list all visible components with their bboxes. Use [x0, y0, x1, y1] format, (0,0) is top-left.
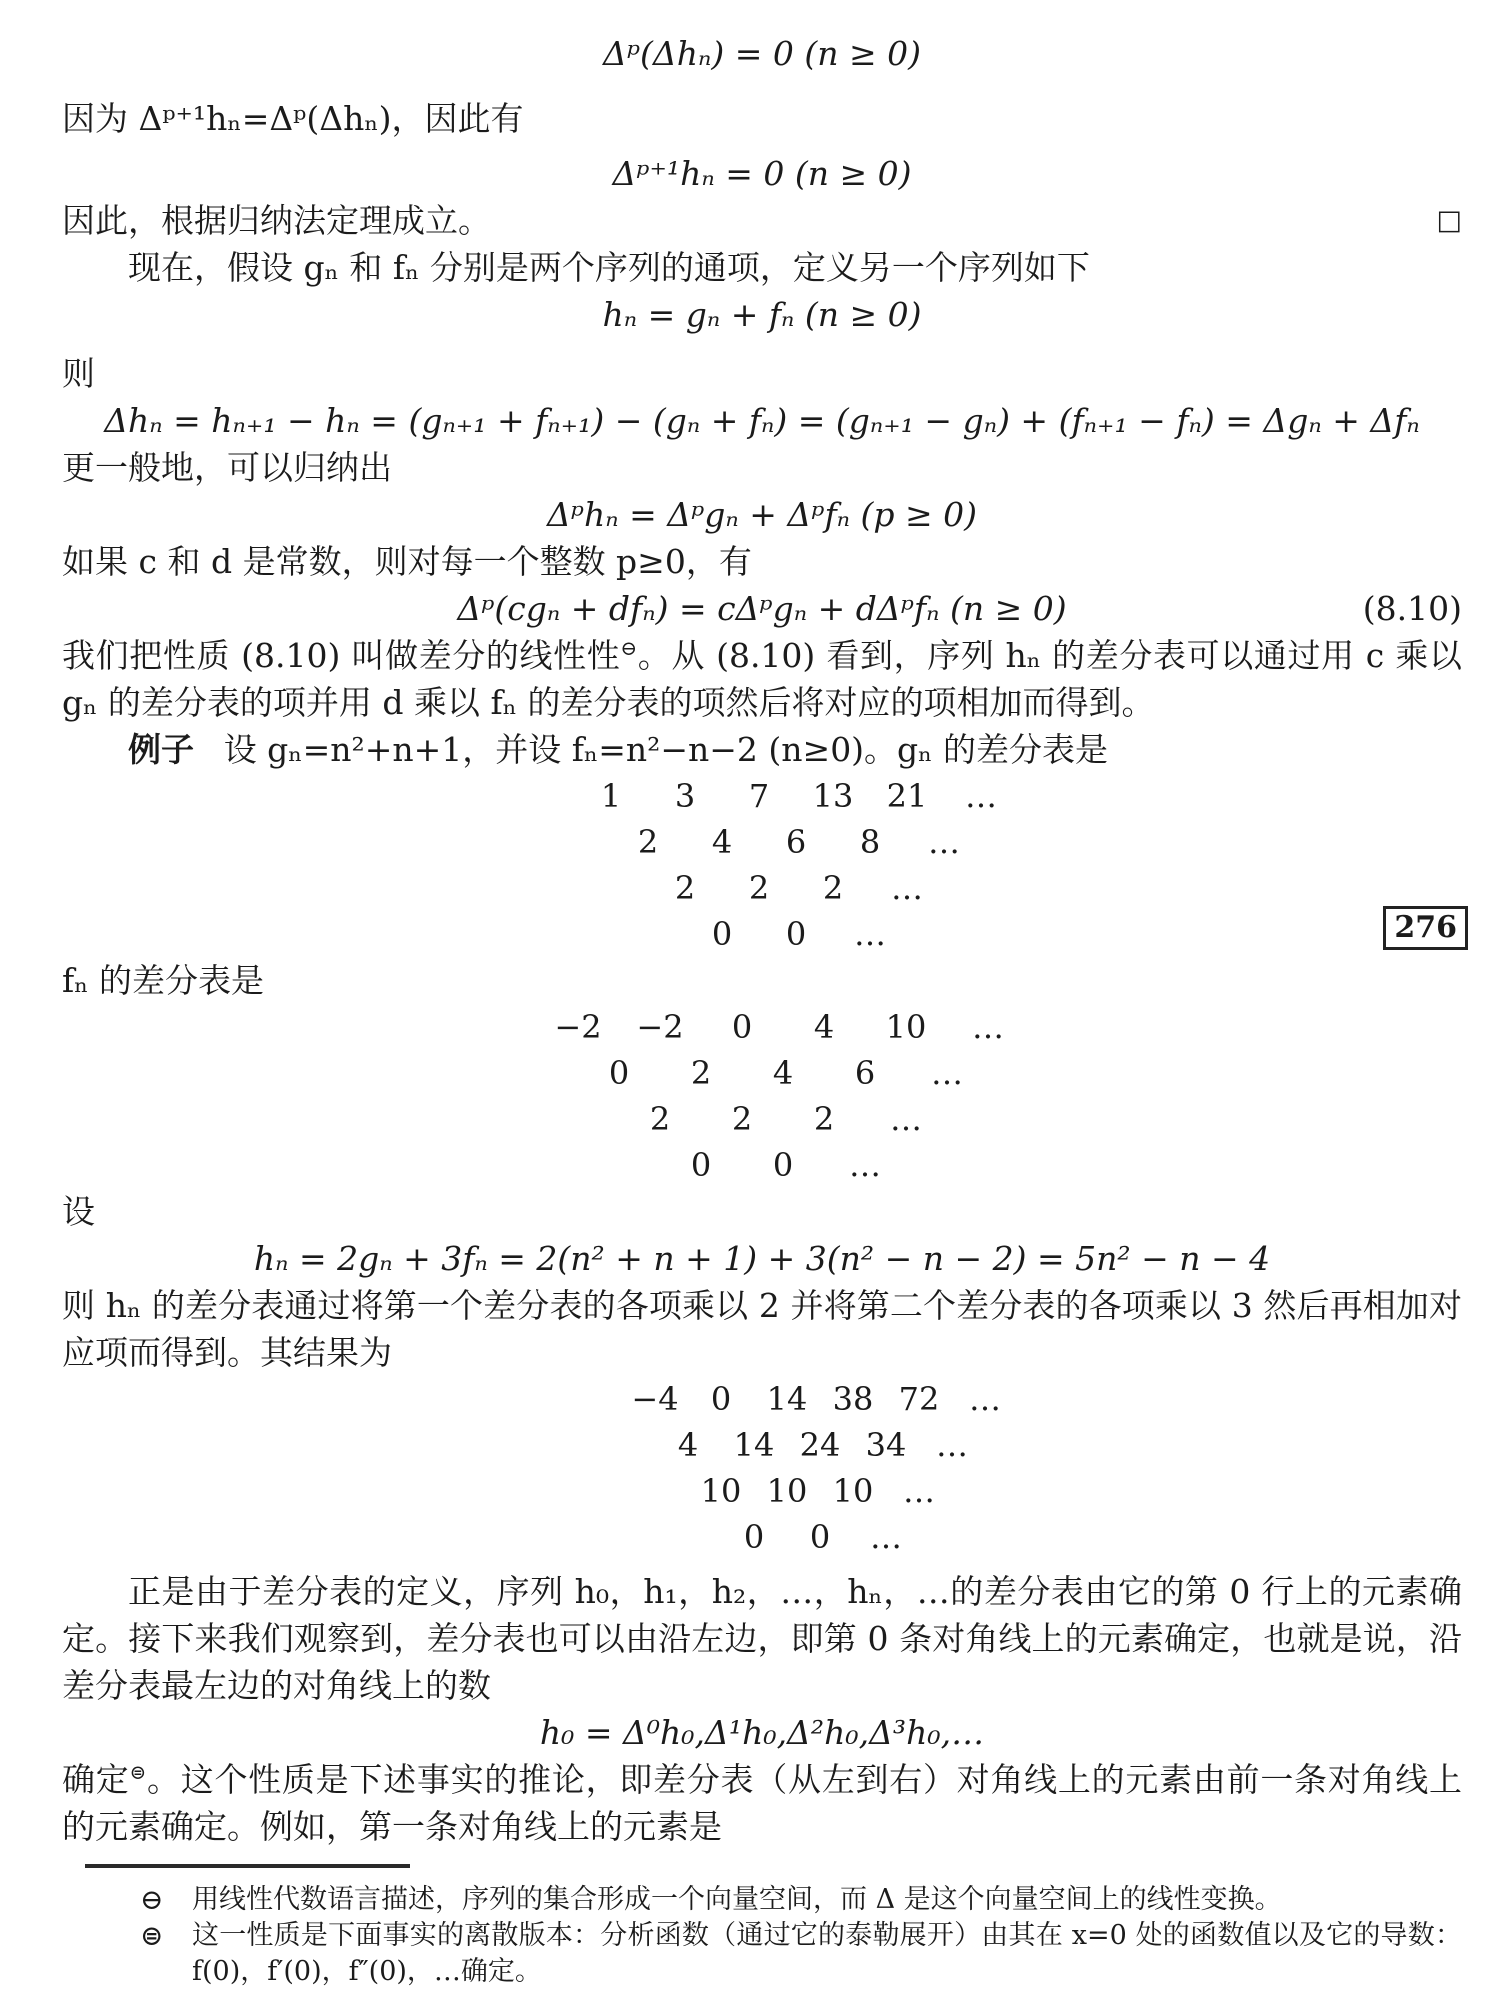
example-label: 例子 — [128, 730, 194, 769]
book-page: Δᵖ(Δhₙ) = 0 (n ≥ 0) 因为 Δᵖ⁺¹hₙ=Δᵖ(Δhₙ)，因此… — [0, 0, 1502, 2012]
table-cell: 10 — [688, 1468, 754, 1514]
table-row: 10 10 10 … — [688, 1468, 1462, 1514]
para-let: 设 — [62, 1188, 1462, 1235]
equation-number: (8.10) — [1363, 585, 1462, 632]
table-row: 1 3 7 13 21 … — [574, 773, 1462, 819]
difference-table-g: 1 3 7 13 21 … 2 4 6 8 … 2 2 2 … 0 0 … — [574, 773, 1462, 957]
table-cell: −2 — [619, 1004, 701, 1050]
table-cell: 6 — [759, 819, 833, 865]
table-row: 0 0 … — [721, 1514, 1462, 1560]
example-text: 设 gₙ=n²+n+1，并设 fₙ=n²−n−2 (n≥0)。gₙ 的差分表是 — [224, 730, 1108, 769]
table-cell: 2 — [796, 865, 870, 911]
table-cell: 24 — [787, 1422, 853, 1468]
qed-symbol: □ — [1436, 197, 1462, 244]
para-general: 更一般地，可以归纳出 — [62, 444, 1462, 491]
para-if-cd: 如果 c 和 d 是常数，则对每一个整数 p≥0，有 — [62, 538, 1462, 585]
table-cell: 0 — [787, 1514, 853, 1560]
footnote-ref-2: ⊜ — [129, 1760, 146, 1784]
para-confirm-part1: 确定 — [62, 1760, 129, 1799]
table-cell: 2 — [611, 819, 685, 865]
table-cell: 21 — [870, 773, 944, 819]
formula-dp-sum: Δᵖhₙ = Δᵖgₙ + Δᵖfₙ (p ≥ 0) — [62, 491, 1462, 538]
para-linearity: 我们把性质 (8.10) 叫做差分的线性性⊖。从 (8.10) 看到，序列 hₙ… — [62, 632, 1462, 726]
table-cell: 10 — [820, 1468, 886, 1514]
footnote-2-marker: ⊜ — [140, 1918, 192, 1990]
table-cell: … — [947, 1004, 1029, 1050]
table-cell: 0 — [721, 1514, 787, 1560]
table-cell: 2 — [722, 865, 796, 911]
formula-hn-sum: hₙ = gₙ + fₙ (n ≥ 0) — [62, 291, 1462, 338]
table-cell: … — [833, 911, 907, 957]
table-cell: 72 — [886, 1376, 952, 1422]
table-cell: 8 — [833, 819, 907, 865]
table-cell: 0 — [685, 911, 759, 957]
table-cell: 6 — [824, 1050, 906, 1096]
table-row: −2 −2 0 4 10 … — [537, 1004, 1462, 1050]
table-row: −4 0 14 38 72 … — [622, 1376, 1462, 1422]
para-induction-text: 因此，根据归纳法定理成立。 — [62, 197, 491, 244]
formula-delta-expand: Δhₙ = hₙ₊₁ − hₙ = (gₙ₊₁ + fₙ₊₁) − (gₙ + … — [62, 397, 1462, 444]
table-row: 4 14 24 34 … — [655, 1422, 1462, 1468]
para-confirm: 确定⊜。这个性质是下述事实的推论，即差分表（从左到右）对角线上的元素由前一条对角… — [62, 1756, 1462, 1850]
table-cell: … — [824, 1142, 906, 1188]
table-cell: 7 — [722, 773, 796, 819]
table-cell: 34 — [853, 1422, 919, 1468]
table-cell: 0 — [701, 1004, 783, 1050]
table-cell: 2 — [783, 1096, 865, 1142]
footnote-ref-1: ⊖ — [620, 636, 637, 660]
table-cell: 2 — [701, 1096, 783, 1142]
para-now: 现在，假设 gₙ 和 fₙ 分别是两个序列的通项，定义另一个序列如下 — [62, 244, 1462, 291]
table-cell: … — [944, 773, 1018, 819]
footnote-2: ⊜ 这一性质是下面事实的离散版本：分析函数（通过它的泰勒展开）由其在 x=0 处… — [140, 1918, 1462, 1990]
table-cell: 14 — [754, 1376, 820, 1422]
para-confirm-part2: 。这个性质是下述事实的推论，即差分表（从左到右）对角线上的元素由前一条对角线上的… — [62, 1760, 1462, 1846]
table-cell: 14 — [721, 1422, 787, 1468]
footnote-1-text: 用线性代数语言描述，序列的集合形成一个向量空间，而 Δ 是这个向量空间上的线性变… — [192, 1882, 1462, 1918]
para-linearity-part1: 我们把性质 (8.10) 叫做差分的线性性 — [62, 636, 620, 675]
table-row: 2 4 6 8 … — [611, 819, 1462, 865]
footnote-1: ⊖ 用线性代数语言描述，序列的集合形成一个向量空间，而 Δ 是这个向量空间上的线… — [140, 1882, 1462, 1918]
difference-table-f: −2 −2 0 4 10 … 0 2 4 6 … 2 2 2 … 0 0 … — [537, 1004, 1462, 1188]
table-row: 2 2 2 … — [648, 865, 1462, 911]
para-example: 例子设 gₙ=n²+n+1，并设 fₙ=n²−n−2 (n≥0)。gₙ 的差分表… — [62, 726, 1462, 773]
difference-table-h: −4 0 14 38 72 … 4 14 24 34 … 10 10 10 … … — [622, 1376, 1462, 1560]
table-cell: 4 — [655, 1422, 721, 1468]
table-cell: 0 — [578, 1050, 660, 1096]
formula-dp-dhn: Δᵖ(Δhₙ) = 0 (n ≥ 0) — [62, 30, 1462, 77]
table-cell: 2 — [660, 1050, 742, 1096]
para-result: 则 hₙ 的差分表通过将第一个差分表的各项乘以 2 并将第二个差分表的各项乘以 … — [62, 1282, 1462, 1376]
page-number: 276 — [1394, 910, 1457, 945]
footnotes-section: ⊖ 用线性代数语言描述，序列的集合形成一个向量空间，而 Δ 是这个向量空间上的线… — [62, 1864, 1462, 1990]
table-cell: … — [870, 865, 944, 911]
table-cell: −2 — [537, 1004, 619, 1050]
table-cell: 2 — [648, 865, 722, 911]
table-cell: 1 — [574, 773, 648, 819]
para-induction-qed: 因此，根据归纳法定理成立。 □ — [62, 197, 1462, 244]
table-cell: 4 — [783, 1004, 865, 1050]
table-cell: 3 — [648, 773, 722, 819]
footnote-1-marker: ⊖ — [140, 1882, 192, 1918]
table-cell: 4 — [685, 819, 759, 865]
formula-hn-combo: hₙ = 2gₙ + 3fₙ = 2(n² + n + 1) + 3(n² − … — [62, 1235, 1462, 1282]
table-cell: … — [865, 1096, 947, 1142]
table-row: 0 0 … — [660, 1142, 1462, 1188]
para-diagonal: 正是由于差分表的定义，序列 h₀，h₁，h₂，…，hₙ，…的差分表由它的第 0 … — [62, 1568, 1462, 1709]
table-cell: 0 — [688, 1376, 754, 1422]
table-cell: … — [952, 1376, 1018, 1422]
table-cell: 4 — [742, 1050, 824, 1096]
table-row: 2 2 2 … — [619, 1096, 1462, 1142]
formula-h0-diagonal: h₀ = Δ⁰h₀,Δ¹h₀,Δ²h₀,Δ³h₀,… — [62, 1709, 1462, 1756]
table-row: 0 0 … — [685, 911, 1462, 957]
table-cell: 10 — [754, 1468, 820, 1514]
table-cell: −4 — [622, 1376, 688, 1422]
table-cell: … — [886, 1468, 952, 1514]
table-cell: 2 — [619, 1096, 701, 1142]
table-cell: … — [853, 1514, 919, 1560]
formula-dp1-hn: Δᵖ⁺¹hₙ = 0 (n ≥ 0) — [62, 150, 1462, 197]
page-number-box: 276 — [1383, 906, 1468, 950]
para-then: 则 — [62, 350, 1462, 397]
table-cell: 0 — [759, 911, 833, 957]
table-cell: 13 — [796, 773, 870, 819]
formula-linearity: Δᵖ(cgₙ + dfₙ) = cΔᵖgₙ + dΔᵖfₙ (n ≥ 0) (8… — [62, 585, 1462, 632]
table-cell: 0 — [742, 1142, 824, 1188]
para-because: 因为 Δᵖ⁺¹hₙ=Δᵖ(Δhₙ)，因此有 — [62, 95, 1462, 142]
footnote-2-text: 这一性质是下面事实的离散版本：分析函数（通过它的泰勒展开）由其在 x=0 处的函… — [192, 1918, 1462, 1990]
footnote-separator — [85, 1864, 410, 1868]
formula-linearity-body: Δᵖ(cgₙ + dfₙ) = cΔᵖgₙ + dΔᵖfₙ (n ≥ 0) — [457, 589, 1066, 628]
table-cell: … — [906, 1050, 988, 1096]
table-cell: 10 — [865, 1004, 947, 1050]
table-cell: … — [919, 1422, 985, 1468]
table-cell: 0 — [660, 1142, 742, 1188]
para-fn-table: fₙ 的差分表是 — [62, 957, 1462, 1004]
table-row: 0 2 4 6 … — [578, 1050, 1462, 1096]
table-cell: … — [907, 819, 981, 865]
table-cell: 38 — [820, 1376, 886, 1422]
